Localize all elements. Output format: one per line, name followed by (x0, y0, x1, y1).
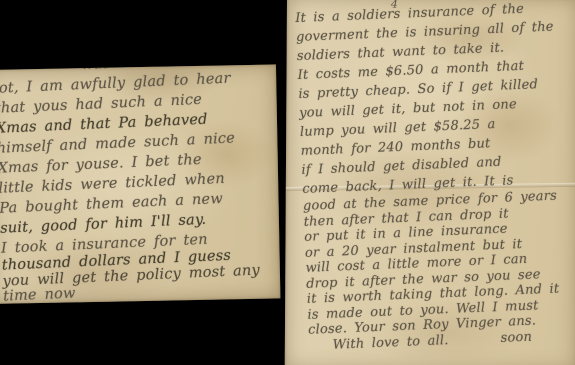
letter-scan: was a lot, I am awfully glad to hear tha… (0, 0, 575, 365)
soon-note: soon (500, 329, 532, 346)
right-page-text: It is a soldiers insurance of the goverm… (295, 0, 575, 354)
letter-page-left: was a lot, I am awfully glad to hear tha… (0, 64, 280, 304)
closing-line: With love to all. (332, 333, 449, 353)
left-page-text: was a lot, I am awfully glad to hear tha… (0, 64, 280, 304)
letter-page-right: 4 It is a soldiers insurance of the gove… (285, 0, 575, 365)
